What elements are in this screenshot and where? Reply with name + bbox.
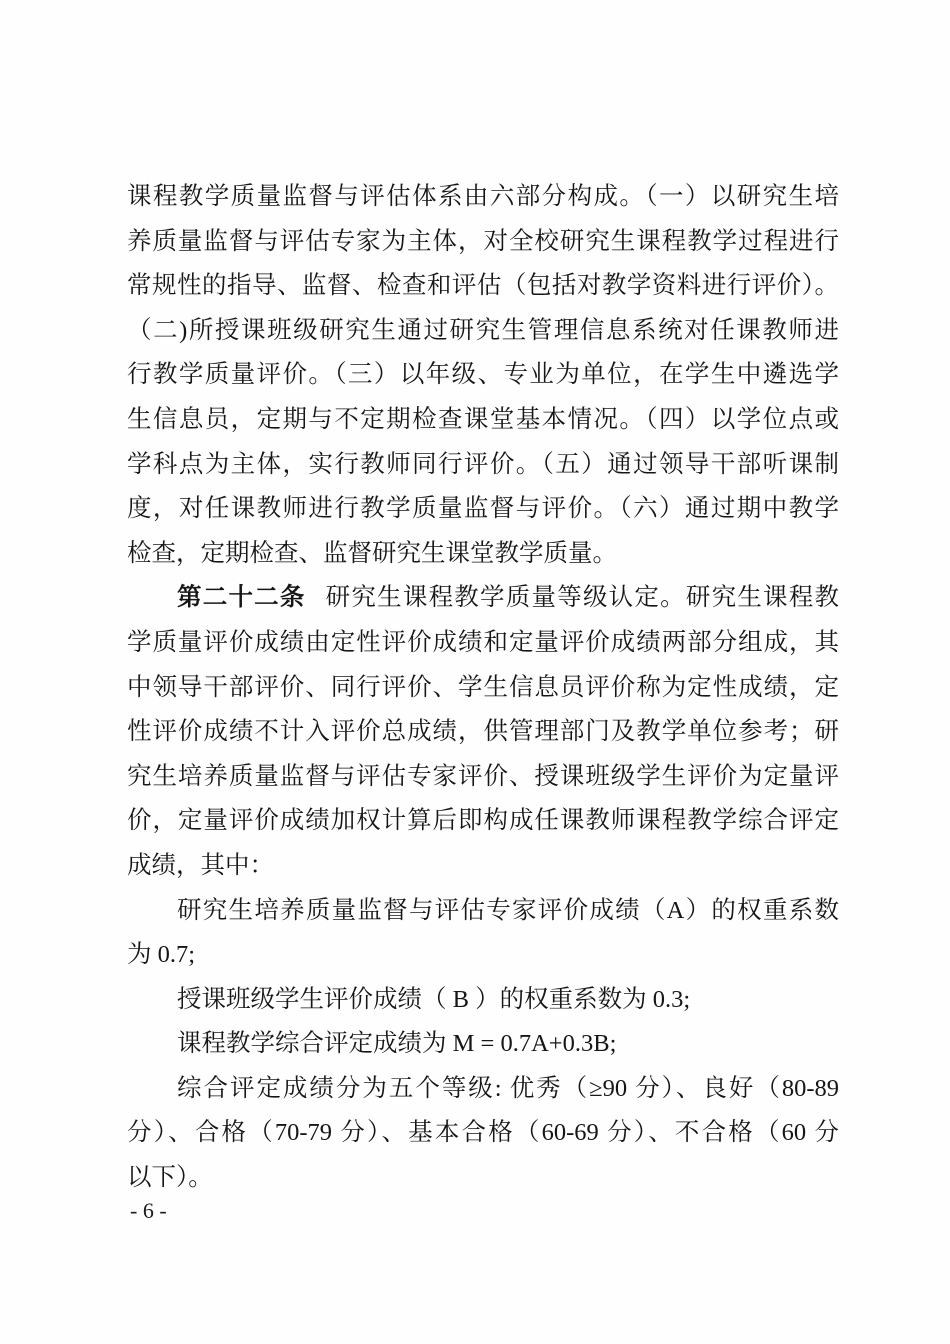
body-line: 价，定量评价成绩加权计算后即构成任课教师课程教学综合评定 xyxy=(127,799,839,844)
body-line: 学质量评价成绩由定性评价成绩和定量评价成绩两部分组成，其 xyxy=(127,621,839,666)
document-body: 课程教学质量监督与评估体系由六部分构成。（一）以研究生培 养质量监督与评估专家为… xyxy=(127,175,839,1201)
article-lead-text: 研究生课程教学质量等级认定。研究生课程教 xyxy=(326,584,839,611)
body-line-weight-b: 授课班级学生评价成绩（ B ）的权重系数为 0.3; xyxy=(127,978,839,1023)
body-line: 学科点为主体，实行教师同行评价。（五）通过领导干部听课制 xyxy=(127,443,839,488)
body-line: 行教学质量评价。（三）以年级、专业为单位，在学生中遴选学 xyxy=(127,353,839,398)
body-line-grades: 综合评定成绩分为五个等级: 优秀（≥90 分）、良好（80-89 xyxy=(127,1067,839,1112)
body-line: 中领导干部评价、同行评价、学生信息员评价称为定性成绩，定 xyxy=(127,666,839,711)
body-line: 常规性的指导、监督、检查和评估（包括对教学资料进行评价）。 xyxy=(127,264,839,309)
body-line: 课程教学质量监督与评估体系由六部分构成。（一）以研究生培 xyxy=(127,175,839,220)
article-number-label: 第二十二条 xyxy=(177,584,326,611)
body-line-weight-a: 研究生培养质量监督与评估专家评价成绩（A）的权重系数 xyxy=(127,889,839,934)
body-line: 成绩，其中： xyxy=(127,844,839,889)
body-line-formula: 课程教学综合评定成绩为 M = 0.7A+0.3B; xyxy=(127,1022,839,1067)
body-line: 以下）。 xyxy=(127,1156,839,1201)
body-line-article-22: 第二十二条研究生课程教学质量等级认定。研究生课程教 xyxy=(127,576,839,621)
document-page: 课程教学质量监督与评估体系由六部分构成。（一）以研究生培 养质量监督与评估专家为… xyxy=(0,0,950,1344)
body-line: 检查，定期检查、监督研究生课堂教学质量。 xyxy=(127,532,839,577)
body-line: 分）、合格（70-79 分）、基本合格（60-69 分）、不合格（60 分 xyxy=(127,1111,839,1156)
body-line: 生信息员，定期与不定期检查课堂基本情况。（四）以学位点或 xyxy=(127,398,839,443)
body-line: 度，对任课教师进行教学质量监督与评价。（六）通过期中教学 xyxy=(127,487,839,532)
body-line: 为 0.7; xyxy=(127,933,839,978)
body-line: （二)所授课班级研究生通过研究生管理信息系统对任课教师进 xyxy=(127,309,839,354)
body-line: 性评价成绩不计入评价总成绩，供管理部门及教学单位参考；研 xyxy=(127,710,839,755)
page-number: - 6 - xyxy=(130,1196,167,1226)
body-line: 养质量监督与评估专家为主体，对全校研究生课程教学过程进行 xyxy=(127,220,839,265)
body-line: 究生培养质量监督与评估专家评价、授课班级学生评价为定量评 xyxy=(127,755,839,800)
